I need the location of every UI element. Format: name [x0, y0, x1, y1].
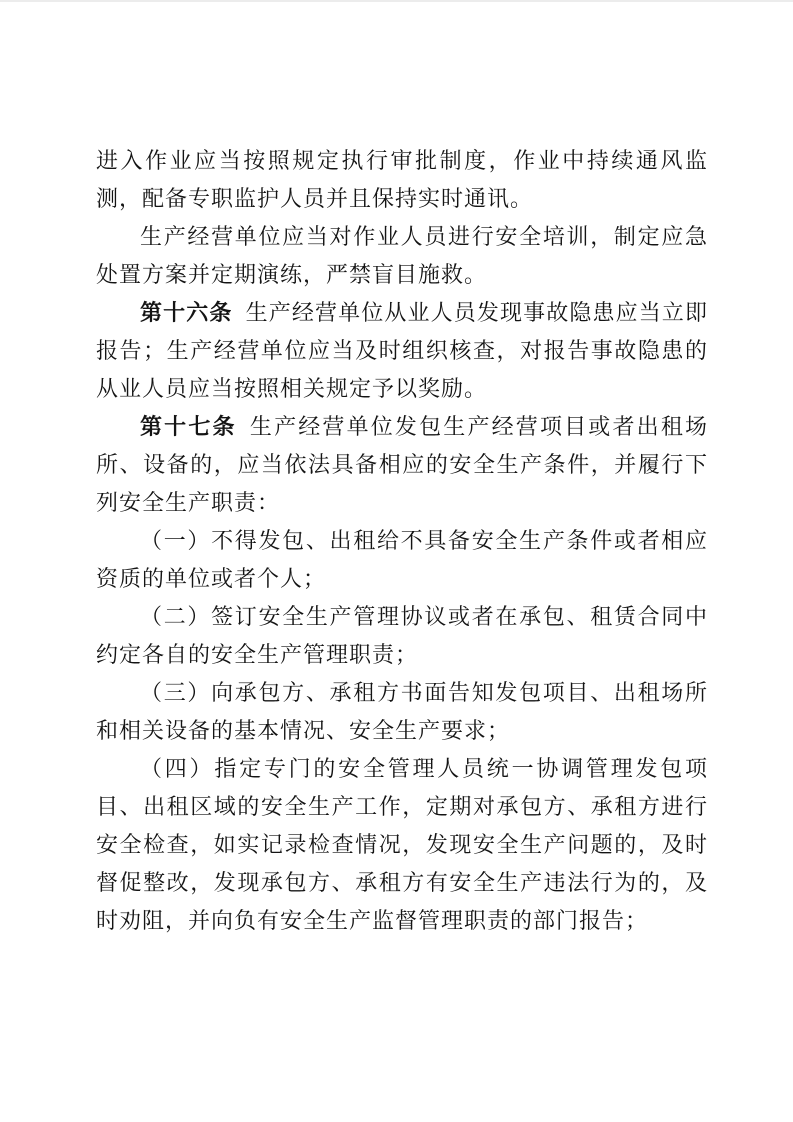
paragraph: 生产经营单位应当对作业人员进行安全培训，制定应急处置方案并定期演练，严禁盲目施救…	[96, 218, 708, 294]
document-page: 进入作业应当按照规定执行审批制度，作业中持续通风监测，配备专职监护人员并且保持实…	[0, 0, 793, 1122]
paragraph-continuation: 进入作业应当按照规定执行审批制度，作业中持续通风监测，配备专职监护人员并且保持实…	[96, 142, 708, 218]
paragraph-text: （二）签订安全生产管理协议或者在承包、租赁合同中约定各自的安全生产管理职责；	[96, 604, 708, 667]
paragraph-article-16: 第十六条生产经营单位从业人员发现事故隐患应当立即报告；生产经营单位应当及时组织核…	[96, 294, 708, 408]
paragraph-text: （四）指定专门的安全管理人员统一协调管理发包项目、出租区域的安全生产工作，定期对…	[96, 756, 708, 933]
document-body: 进入作业应当按照规定执行审批制度，作业中持续通风监测，配备专职监护人员并且保持实…	[96, 142, 708, 940]
paragraph-item-2: （二）签订安全生产管理协议或者在承包、租赁合同中约定各自的安全生产管理职责；	[96, 598, 708, 674]
paragraph-item-4: （四）指定专门的安全管理人员统一协调管理发包项目、出租区域的安全生产工作，定期对…	[96, 750, 708, 940]
paragraph-text: （一）不得发包、出租给不具备安全生产条件或者相应资质的单位或者个人；	[96, 528, 708, 591]
article-16-label: 第十六条	[140, 300, 232, 325]
paragraph-item-1: （一）不得发包、出租给不具备安全生产条件或者相应资质的单位或者个人；	[96, 522, 708, 598]
paragraph-item-3: （三）向承包方、承租方书面告知发包项目、出租场所和相关设备的基本情况、安全生产要…	[96, 674, 708, 750]
paragraph-text: （三）向承包方、承租方书面告知发包项目、出租场所和相关设备的基本情况、安全生产要…	[96, 680, 708, 743]
article-17-label: 第十七条	[140, 414, 237, 439]
paragraph-text: 生产经营单位应当对作业人员进行安全培训，制定应急处置方案并定期演练，严禁盲目施救…	[96, 224, 708, 287]
paragraph-text: 进入作业应当按照规定执行审批制度，作业中持续通风监测，配备专职监护人员并且保持实…	[96, 148, 708, 211]
paragraph-article-17: 第十七条生产经营单位发包生产经营项目或者出租场所、设备的，应当依法具备相应的安全…	[96, 408, 708, 522]
